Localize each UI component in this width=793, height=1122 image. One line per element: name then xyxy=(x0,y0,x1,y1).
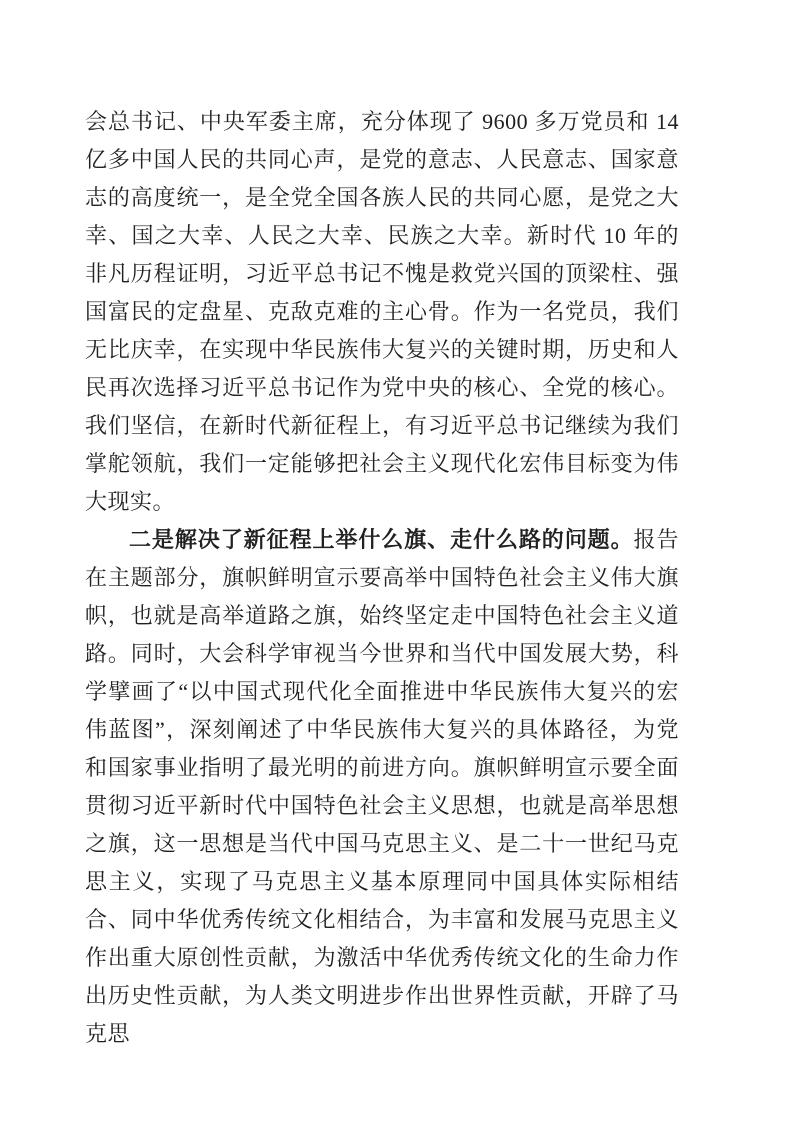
paragraph: 会总书记、中央军委主席，充分体现了 9600 多万党员和 14 亿多中国人民的共… xyxy=(85,103,679,521)
paragraph: 二是解决了新征程上举什么旗、走什么路的问题。报告在主题部分，旗帜鲜明宣示要高举中… xyxy=(85,521,679,1053)
text-run-bold: 二是解决了新征程上举什么旗、走什么路的问题。 xyxy=(129,527,634,552)
text-run: 报告在主题部分，旗帜鲜明宣示要高举中国特色社会主义伟大旗帜，也就是高举道路之旗，… xyxy=(85,527,679,1046)
text-run: 会总书记、中央军委主席，充分体现了 9600 多万党员和 14 亿多中国人民的共… xyxy=(85,109,679,514)
document-page: 会总书记、中央军委主席，充分体现了 9600 多万党员和 14 亿多中国人民的共… xyxy=(0,0,793,1122)
document-text-block: 会总书记、中央军委主席，充分体现了 9600 多万党员和 14 亿多中国人民的共… xyxy=(85,103,679,1053)
